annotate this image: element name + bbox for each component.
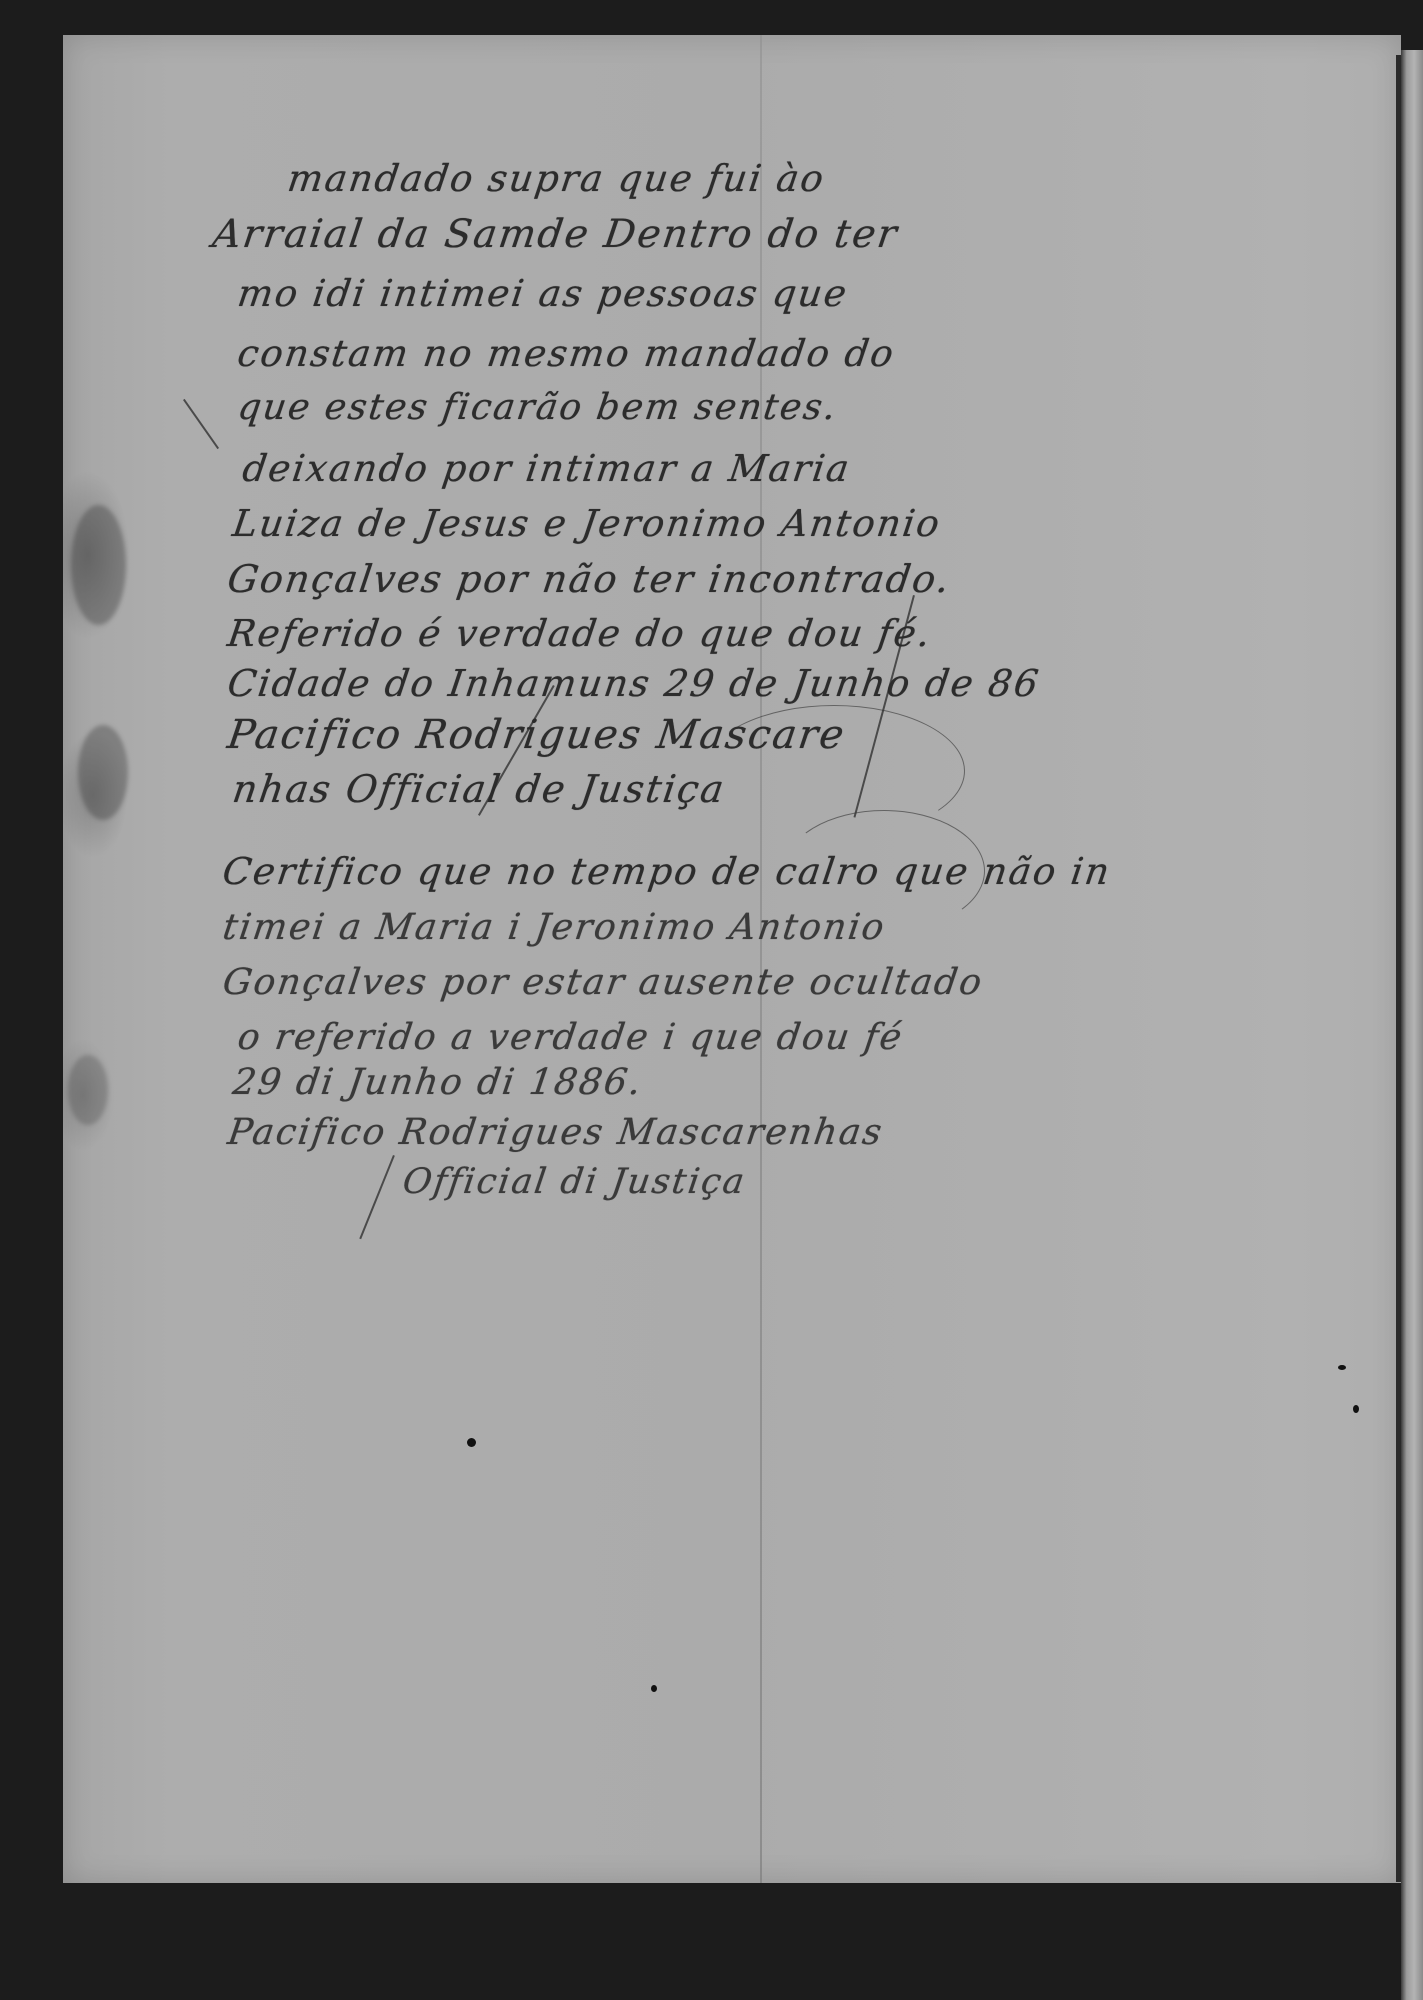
signature-line: Pacifico Rodrigues Mascarenhas <box>225 1115 885 1151</box>
pen-flourish <box>359 1155 395 1239</box>
date-line: 29 di Junho di 1886. <box>230 1065 644 1101</box>
pen-loop <box>783 810 985 932</box>
manuscript-page: mandado supra que fui ào Arraial da Samd… <box>63 35 1401 1883</box>
manuscript-line: Cidade do Inhamuns 29 de Junho de 86 <box>225 665 1042 702</box>
paper-stain <box>71 505 126 625</box>
manuscript-line: timei a Maria i Jeronimo Antonio <box>220 910 888 946</box>
manuscript-line: Luiza de Jesus e Jeronimo Antonio <box>230 505 943 542</box>
manuscript-line: Arraial da Samde Dentro do ter <box>210 215 901 254</box>
paper-stain <box>78 725 128 820</box>
binding-edge <box>1396 55 1401 1882</box>
manuscript-line: Referido é verdade do que dou fé. <box>225 615 934 652</box>
ink-spot <box>467 1438 476 1447</box>
manuscript-line: mandado supra que fui ào <box>285 160 827 197</box>
manuscript-line: mo idi intimei as pessoas que <box>235 275 850 312</box>
manuscript-line: Gonçalves por estar ausente ocultado <box>220 965 985 1001</box>
manuscript-line: que estes ficarão bem sentes. <box>235 390 839 426</box>
ink-spot <box>1338 1365 1346 1370</box>
manuscript-line: constam no mesmo mandado do <box>235 335 897 372</box>
manuscript-line: deixando por intimar a Maria <box>240 450 853 487</box>
ink-spot <box>651 1685 657 1692</box>
binding-strip <box>1401 50 1423 2000</box>
ink-spot <box>1353 1405 1359 1413</box>
signature-title-line: Official di Justiça <box>401 1165 749 1200</box>
manuscript-line: Gonçalves por não ter incontrado. <box>225 560 953 598</box>
paper-stain <box>68 1055 108 1125</box>
signature-title-line: nhas Official de Justiça <box>230 770 728 808</box>
manuscript-line: o referido a verdade i que dou fé <box>235 1020 905 1056</box>
pen-flourish <box>183 399 219 449</box>
